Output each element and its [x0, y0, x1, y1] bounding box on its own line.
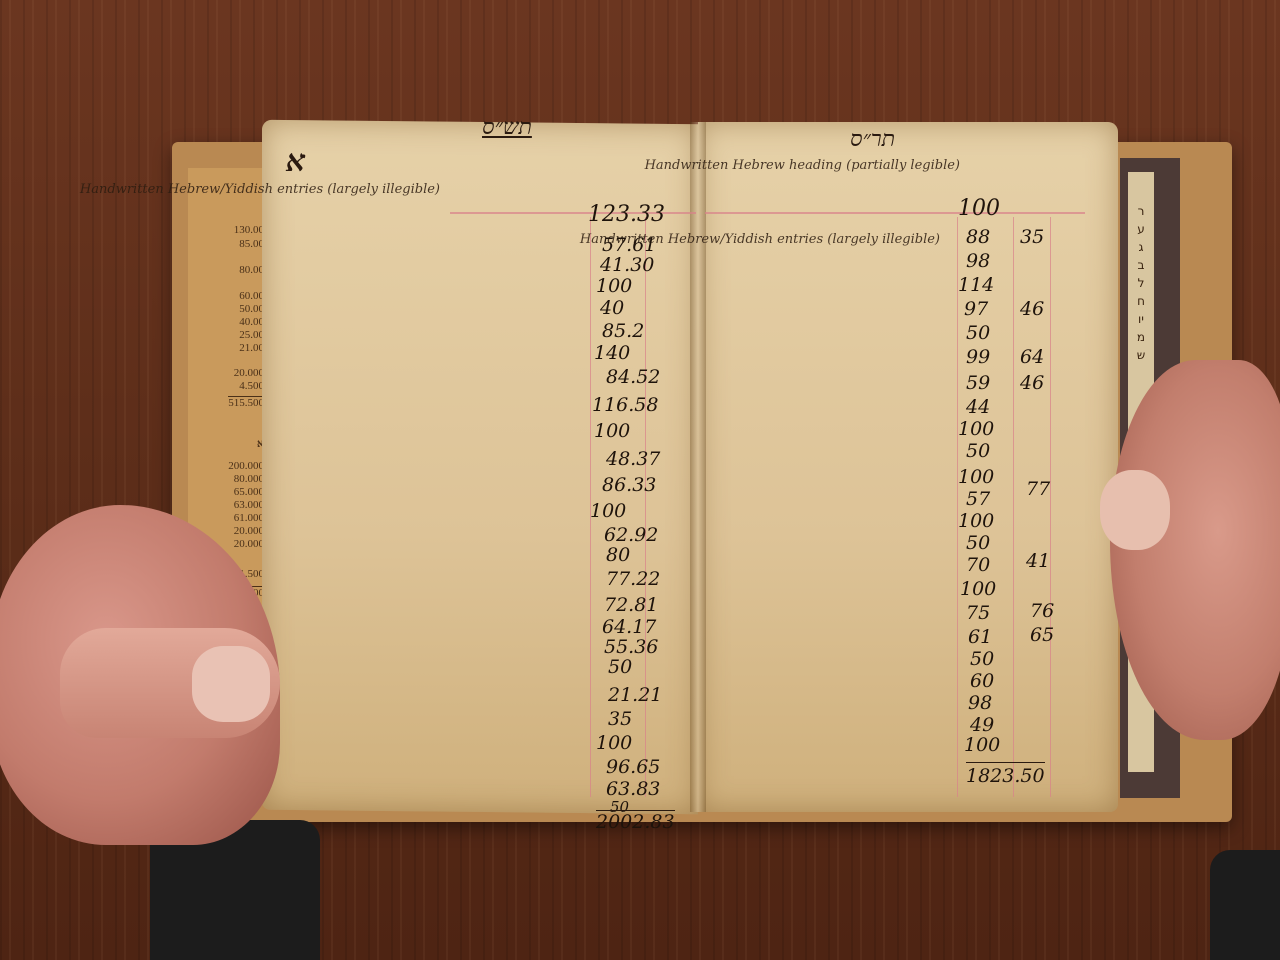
amount: 123.33: [588, 202, 665, 227]
amount: 50: [966, 440, 990, 462]
amount: 100: [958, 466, 994, 488]
amount: 100: [958, 196, 1000, 221]
amount: 75: [966, 602, 990, 624]
amount: 100: [958, 418, 994, 440]
amount: 48.37: [606, 448, 660, 470]
strip-mark: ח: [1128, 292, 1154, 310]
side-amount: 77: [1026, 478, 1050, 500]
page-corner-mark: א: [286, 144, 305, 179]
camera-strap: [1210, 850, 1280, 960]
amount: 57.61: [602, 234, 656, 256]
side-amount: 41: [1026, 550, 1050, 572]
strip-mark: ש: [1128, 346, 1154, 364]
amount: 44: [966, 396, 990, 418]
amount: 100: [964, 734, 1000, 756]
right-page: [698, 122, 1118, 812]
amount: 97: [964, 298, 988, 320]
amount: 98: [966, 250, 990, 272]
ruling-line: [1013, 217, 1014, 797]
amount: 35: [608, 708, 632, 730]
ruling-line: [705, 212, 1085, 214]
amount: 99: [966, 346, 990, 368]
amount: 70: [966, 554, 990, 576]
side-amount: 76: [1030, 600, 1054, 622]
amount: 116.58: [592, 394, 658, 416]
amount: 50: [970, 648, 994, 670]
ruling-line: [1050, 217, 1051, 797]
side-amount: 35: [1020, 226, 1044, 248]
amount: 114: [958, 274, 994, 296]
right-page-title: Handwritten Hebrew heading (partially le…: [760, 158, 960, 173]
amount: 77.22: [606, 568, 660, 590]
amount: 49: [970, 714, 994, 736]
side-amount: 65: [1030, 624, 1054, 646]
amount: 64.17: [602, 616, 656, 638]
amount: 72.81: [604, 594, 658, 616]
side-amount: 46: [1020, 372, 1044, 394]
amount: 50: [608, 656, 632, 678]
amount: 50: [966, 532, 990, 554]
ledger-book: תש״ס תר״ס א Handwritten Hebrew/Yiddish e…: [250, 122, 1130, 822]
strip-mark: יו: [1128, 310, 1154, 328]
amount: 98: [968, 692, 992, 714]
strip-mark: ר: [1128, 202, 1154, 220]
strip-mark: ל: [1128, 274, 1154, 292]
right-page-header: תר״ס: [850, 126, 895, 152]
amount: 88: [966, 226, 990, 248]
amount: 100: [960, 578, 996, 600]
amount: 57: [966, 488, 990, 510]
strip-mark: מ: [1128, 328, 1154, 346]
amount: 96.65: [606, 756, 660, 778]
amount: 80: [606, 544, 630, 566]
amount: 59: [966, 372, 990, 394]
amount: 61: [968, 626, 992, 648]
handwritten-entries-right: Handwritten Hebrew/Yiddish entries (larg…: [720, 232, 940, 247]
left-page-header: תש״ס: [482, 114, 532, 140]
strip-mark: ב: [1128, 256, 1154, 274]
amount: 63.83: [606, 778, 660, 800]
left-thumbnail: [192, 646, 270, 722]
amount: 55.36: [604, 636, 658, 658]
amount: 100: [594, 420, 630, 442]
side-amount: 64: [1020, 346, 1044, 368]
amount: 100: [590, 500, 626, 522]
amount: 100: [958, 510, 994, 532]
left-page-total: 2002.83: [596, 810, 675, 833]
amount: 100: [596, 732, 632, 754]
amount: 100: [596, 275, 632, 297]
amount: 60: [970, 670, 994, 692]
amount: 86.33: [602, 474, 656, 496]
strip-mark: ע: [1128, 220, 1154, 238]
right-thumbnail: [1100, 470, 1170, 550]
handwritten-entries-left: Handwritten Hebrew/Yiddish entries (larg…: [290, 182, 440, 197]
amount: 40: [600, 297, 624, 319]
strip-mark: ג: [1128, 238, 1154, 256]
amount: 41.30: [600, 254, 654, 276]
ruling-line: [957, 217, 958, 797]
ruling-line: [645, 217, 646, 797]
amount: 21.21: [608, 684, 662, 706]
amount: 62.92: [604, 524, 658, 546]
amount: 84.52: [606, 366, 660, 388]
amount: 50: [966, 322, 990, 344]
side-amount: 46: [1020, 298, 1044, 320]
amount: 140: [594, 342, 630, 364]
right-page-total: 1823.50: [966, 762, 1045, 787]
book-gutter: [690, 122, 706, 812]
amount: 85.2: [602, 320, 644, 342]
